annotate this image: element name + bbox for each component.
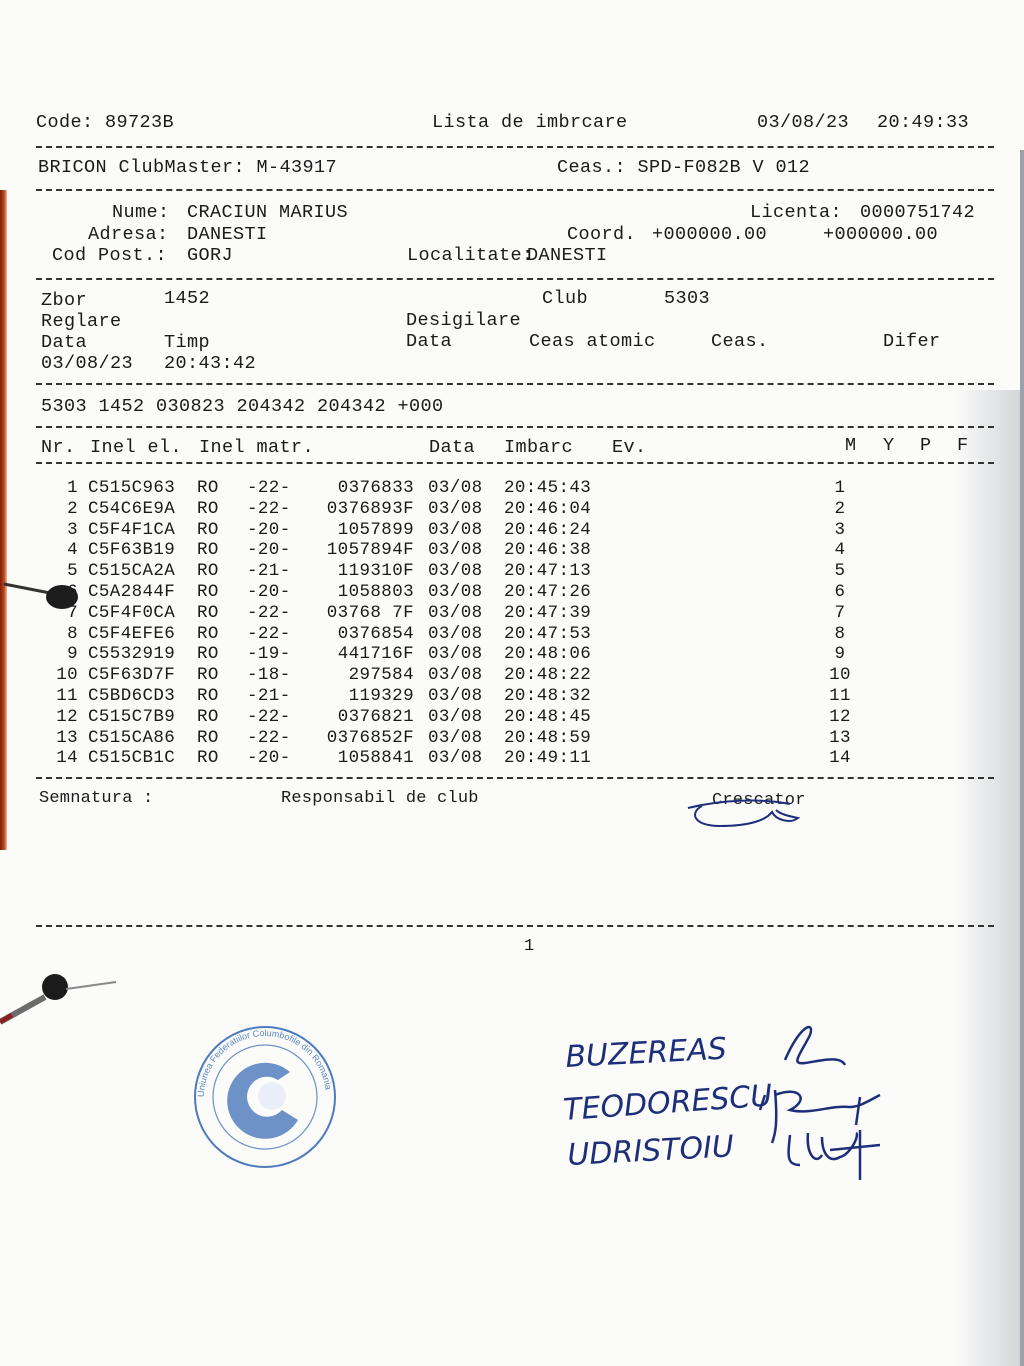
unseal-label: Desigilare [406, 310, 521, 332]
col-ring-matr: Inel matr. [199, 437, 314, 459]
electronic-ring: C5532919 [88, 644, 175, 665]
ring-number: 1058803 [302, 582, 414, 603]
col-ring-el: Inel el. [90, 437, 182, 459]
row-number: 14 [40, 748, 78, 769]
flight-code-line: 5303 1452 030823 204342 204342 +000 [41, 396, 444, 418]
ring-country: RO [197, 520, 219, 541]
col-y: Y [883, 435, 895, 457]
order-m: 3 [820, 520, 860, 541]
row-number: 11 [40, 686, 78, 707]
boarding-time: 20:48:59 [504, 728, 591, 749]
ring-year: -20- [247, 540, 291, 561]
signature-label: Semnatura : [39, 788, 153, 810]
table-row: 14C515CB1CRO-20-105884103/0820:49:1114 [40, 748, 940, 769]
order-m: 11 [820, 686, 860, 707]
col-m: M [845, 435, 857, 457]
boarding-time: 20:46:24 [504, 520, 591, 541]
boarding-time: 20:48:22 [504, 665, 591, 686]
ring-number: 0376893F [302, 499, 414, 520]
electronic-ring: C5F4F0CA [88, 603, 175, 624]
electronic-ring: C5A2844F [88, 582, 175, 603]
order-m: 14 [820, 748, 860, 769]
handwritten-name-2: TEODORESCU [562, 1078, 773, 1128]
row-number: 2 [40, 499, 78, 520]
table-row: 10C5F63D7FRO-18-29758403/0820:48:2210 [40, 665, 940, 686]
ring-year: -19- [247, 644, 291, 665]
license-number: 0000751742 [860, 202, 975, 224]
order-m: 12 [820, 707, 860, 728]
electronic-ring: C515CB1C [88, 748, 175, 769]
flight-number: 1452 [164, 288, 210, 310]
print-date: 03/08/23 [757, 112, 849, 134]
postal-label: Cod Post.: [52, 245, 167, 267]
col-ev: Ev. [612, 437, 647, 459]
boarding-time: 20:47:39 [504, 603, 591, 624]
clock-id: Ceas.: SPD-F082B V 012 [557, 157, 810, 179]
table-row: 7C5F4F0CARO-22-03768 7F03/0820:47:397 [40, 603, 940, 624]
row-number: 1 [40, 478, 78, 499]
divider [36, 189, 994, 191]
row-number: 8 [40, 624, 78, 645]
ring-number: 0376821 [302, 707, 414, 728]
owner-locality: DANESTI [527, 245, 608, 267]
electronic-ring: C5F4EFE6 [88, 624, 175, 645]
handwritten-name-1: BUZEREAS [565, 1032, 728, 1075]
set-date: 03/08/23 [41, 353, 133, 375]
divider [36, 278, 994, 280]
ring-year: -20- [247, 582, 291, 603]
owner-postal: GORJ [187, 245, 233, 267]
ring-year: -21- [247, 686, 291, 707]
ring-year: -22- [247, 499, 291, 520]
boarding-date: 03/08 [428, 478, 483, 499]
table-row: 2C54C6E9ARO-22-0376893F03/0820:46:042 [40, 499, 940, 520]
name-label: Nume: [112, 202, 170, 224]
row-number: 3 [40, 520, 78, 541]
boarding-time: 20:46:04 [504, 499, 591, 520]
ring-country: RO [197, 561, 219, 582]
boarding-date: 03/08 [428, 686, 483, 707]
ring-number: 0376833 [302, 478, 414, 499]
unseal-date-label: Data [406, 331, 452, 353]
diff-label: Difer [883, 331, 941, 353]
table-row: 1C515C963RO-22-037683303/0820:45:431 [40, 478, 940, 499]
ring-year: -18- [247, 665, 291, 686]
ring-year: -22- [247, 707, 291, 728]
boarding-time: 20:47:53 [504, 624, 591, 645]
ring-country: RO [197, 665, 219, 686]
ring-country: RO [197, 728, 219, 749]
boarding-date: 03/08 [428, 644, 483, 665]
address-label: Adresa: [88, 224, 169, 246]
pen-mark-icon [0, 575, 90, 615]
pen-mark-icon [0, 965, 120, 1025]
col-boarding: Imbarc [504, 437, 573, 459]
ring-country: RO [197, 540, 219, 561]
boarding-date: 03/08 [428, 582, 483, 603]
flight-label: Zbor [41, 290, 87, 312]
col-p: P [920, 435, 932, 457]
ring-year: -21- [247, 561, 291, 582]
ring-country: RO [197, 624, 219, 645]
ring-year: -20- [247, 748, 291, 769]
col-date: Data [429, 437, 475, 459]
row-number: 12 [40, 707, 78, 728]
ring-number: 119310F [302, 561, 414, 582]
coord-label: Coord. [567, 224, 636, 246]
club-stamp-icon: Uniunea Federatiilor Columbofile din Rom… [190, 1022, 340, 1172]
electronic-ring: C5BD6CD3 [88, 686, 175, 707]
col-f: F [957, 435, 969, 457]
ring-year: -22- [247, 624, 291, 645]
table-row: 8C5F4EFE6RO-22-037685403/0820:47:538 [40, 624, 940, 645]
ring-country: RO [197, 478, 219, 499]
ring-country: RO [197, 499, 219, 520]
order-m: 2 [820, 499, 860, 520]
boarding-date: 03/08 [428, 707, 483, 728]
club-label: Club [542, 288, 588, 310]
handwritten-signatures: BUZEREAS TEODORESCU UDRISTOIU [560, 1015, 920, 1190]
electronic-ring: C515C963 [88, 478, 175, 499]
electronic-ring: C5F63B19 [88, 540, 175, 561]
page-number: 1 [524, 936, 534, 958]
electronic-ring: C515CA86 [88, 728, 175, 749]
ring-country: RO [197, 582, 219, 603]
electronic-ring: C54C6E9A [88, 499, 175, 520]
table-row: 3C5F4F1CARO-20-105789903/0820:46:243 [40, 520, 940, 541]
table-row: 6C5A2844FRO-20-105880303/0820:47:266 [40, 582, 940, 603]
ring-number: 297584 [302, 665, 414, 686]
boarding-time: 20:45:43 [504, 478, 591, 499]
boarding-date: 03/08 [428, 603, 483, 624]
atomic-clock-label: Ceas atomic [529, 331, 656, 353]
boarding-date: 03/08 [428, 520, 483, 541]
set-time: 20:43:42 [164, 353, 256, 375]
electronic-ring: C5F4F1CA [88, 520, 175, 541]
document-code: Code: 89723B [36, 112, 174, 134]
boarding-time: 20:49:11 [504, 748, 591, 769]
ring-year: -20- [247, 520, 291, 541]
divider [36, 383, 994, 385]
ring-number: 119329 [302, 686, 414, 707]
license-label: Licenta: [750, 202, 842, 224]
divider [36, 426, 994, 428]
clubmaster-id: BRICON ClubMaster: M-43917 [38, 157, 337, 179]
electronic-ring: C515C7B9 [88, 707, 175, 728]
locality-label: Localitate: [407, 245, 534, 267]
ring-number: 441716F [302, 644, 414, 665]
breeder-signature [680, 790, 810, 835]
boarding-date: 03/08 [428, 499, 483, 520]
table-row: 11C5BD6CD3RO-21-11932903/0820:48:3211 [40, 686, 940, 707]
order-m: 9 [820, 644, 860, 665]
boarding-date: 03/08 [428, 624, 483, 645]
row-number: 13 [40, 728, 78, 749]
boarding-table: 1C515C963RO-22-037683303/0820:45:4312C54… [40, 478, 940, 769]
divider [36, 146, 994, 148]
ring-year: -22- [247, 728, 291, 749]
boarding-time: 20:46:38 [504, 540, 591, 561]
table-row: 12C515C7B9RO-22-037682103/0820:48:4512 [40, 707, 940, 728]
coord-y: +000000.00 [823, 224, 938, 246]
row-number: 10 [40, 665, 78, 686]
owner-address: DANESTI [187, 224, 268, 246]
divider [36, 925, 994, 927]
ring-number: 1058841 [302, 748, 414, 769]
ring-number: 03768 7F [302, 603, 414, 624]
ring-country: RO [197, 603, 219, 624]
order-m: 10 [820, 665, 860, 686]
order-m: 13 [820, 728, 860, 749]
set-label: Reglare [41, 311, 122, 333]
table-row: 13C515CA86RO-22-0376852F03/0820:48:5913 [40, 728, 940, 749]
order-m: 5 [820, 561, 860, 582]
set-time-label: Timp [164, 332, 210, 354]
order-m: 6 [820, 582, 860, 603]
order-m: 7 [820, 603, 860, 624]
row-number: 4 [40, 540, 78, 561]
boarding-time: 20:48:45 [504, 707, 591, 728]
handwritten-name-3: UDRISTOIU [567, 1129, 735, 1173]
divider [36, 777, 994, 779]
boarding-time: 20:48:06 [504, 644, 591, 665]
ring-number: 0376852F [302, 728, 414, 749]
owner-name: CRACIUN MARIUS [187, 202, 348, 224]
boarding-date: 03/08 [428, 728, 483, 749]
boarding-date: 03/08 [428, 748, 483, 769]
ring-country: RO [197, 748, 219, 769]
ring-year: -22- [247, 478, 291, 499]
document-page: Code: 89723B Lista de imbrcare 03/08/23 … [0, 0, 1024, 1366]
ring-year: -22- [247, 603, 291, 624]
boarding-time: 20:47:13 [504, 561, 591, 582]
club-number: 5303 [664, 288, 710, 310]
order-m: 4 [820, 540, 860, 561]
club-responsible-label: Responsabil de club [281, 788, 479, 810]
set-date-label: Data [41, 332, 87, 354]
order-m: 8 [820, 624, 860, 645]
table-row: 9C5532919RO-19-441716F03/0820:48:069 [40, 644, 940, 665]
electronic-ring: C515CA2A [88, 561, 175, 582]
row-number: 9 [40, 644, 78, 665]
boarding-date: 03/08 [428, 665, 483, 686]
print-time: 20:49:33 [877, 112, 969, 134]
document-title: Lista de imbrcare [432, 112, 628, 134]
boarding-date: 03/08 [428, 561, 483, 582]
ring-number: 1057894F [302, 540, 414, 561]
coord-x: +000000.00 [652, 224, 767, 246]
ring-country: RO [197, 707, 219, 728]
ring-number: 1057899 [302, 520, 414, 541]
clock-label: Ceas. [711, 331, 769, 353]
electronic-ring: C5F63D7F [88, 665, 175, 686]
boarding-time: 20:47:26 [504, 582, 591, 603]
ring-country: RO [197, 644, 219, 665]
divider [36, 462, 994, 464]
table-row: 4C5F63B19RO-20-1057894F03/0820:46:384 [40, 540, 940, 561]
order-m: 1 [820, 478, 860, 499]
table-row: 5C515CA2ARO-21-119310F03/0820:47:135 [40, 561, 940, 582]
ring-number: 0376854 [302, 624, 414, 645]
boarding-date: 03/08 [428, 540, 483, 561]
ring-country: RO [197, 686, 219, 707]
boarding-time: 20:48:32 [504, 686, 591, 707]
col-nr: Nr. [41, 437, 76, 459]
